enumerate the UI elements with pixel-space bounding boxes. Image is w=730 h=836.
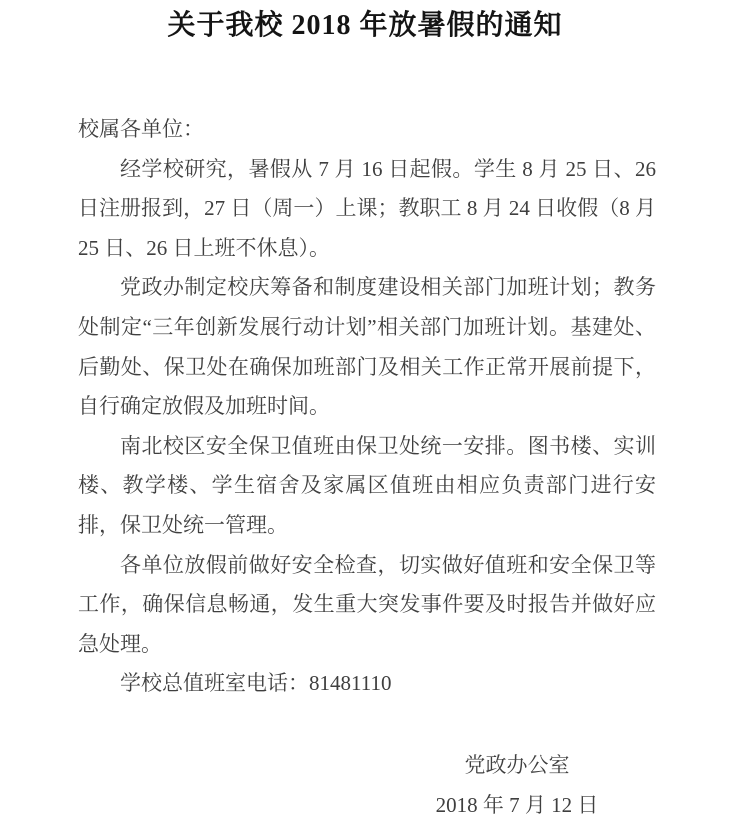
signature-office: 党政办公室 xyxy=(397,746,637,786)
document-page: 关于我校 2018 年放暑假的通知 校属各单位： 经学校研究，暑假从 7 月 1… xyxy=(0,6,730,836)
paragraph-safety-check: 各单位放假前做好安全检查，切实做好值班和安全保卫等工作，确保信息畅通，发生重大突… xyxy=(78,546,656,665)
paragraph-duty-phone: 学校总值班室电话：81481110 xyxy=(78,664,656,704)
signature-date: 2018 年 7 月 12 日 xyxy=(397,786,637,826)
document-body: 校属各单位： 经学校研究，暑假从 7 月 16 日起假。学生 8 月 25 日、… xyxy=(78,110,656,704)
salutation-line: 校属各单位： xyxy=(78,110,656,150)
paragraph-overtime-plans: 党政办制定校庆筹备和制度建设相关部门加班计划；教务处制定“三年创新发展行动计划”… xyxy=(78,268,656,426)
signature-block: 党政办公室 2018 年 7 月 12 日 xyxy=(397,746,637,825)
paragraph-holiday-dates: 经学校研究，暑假从 7 月 16 日起假。学生 8 月 25 日、26 日注册报… xyxy=(78,150,656,269)
document-title: 关于我校 2018 年放暑假的通知 xyxy=(0,6,730,46)
paragraph-security-duty: 南北校区安全保卫值班由保卫处统一安排。图书楼、实训楼、教学楼、学生宿舍及家属区值… xyxy=(78,427,656,546)
